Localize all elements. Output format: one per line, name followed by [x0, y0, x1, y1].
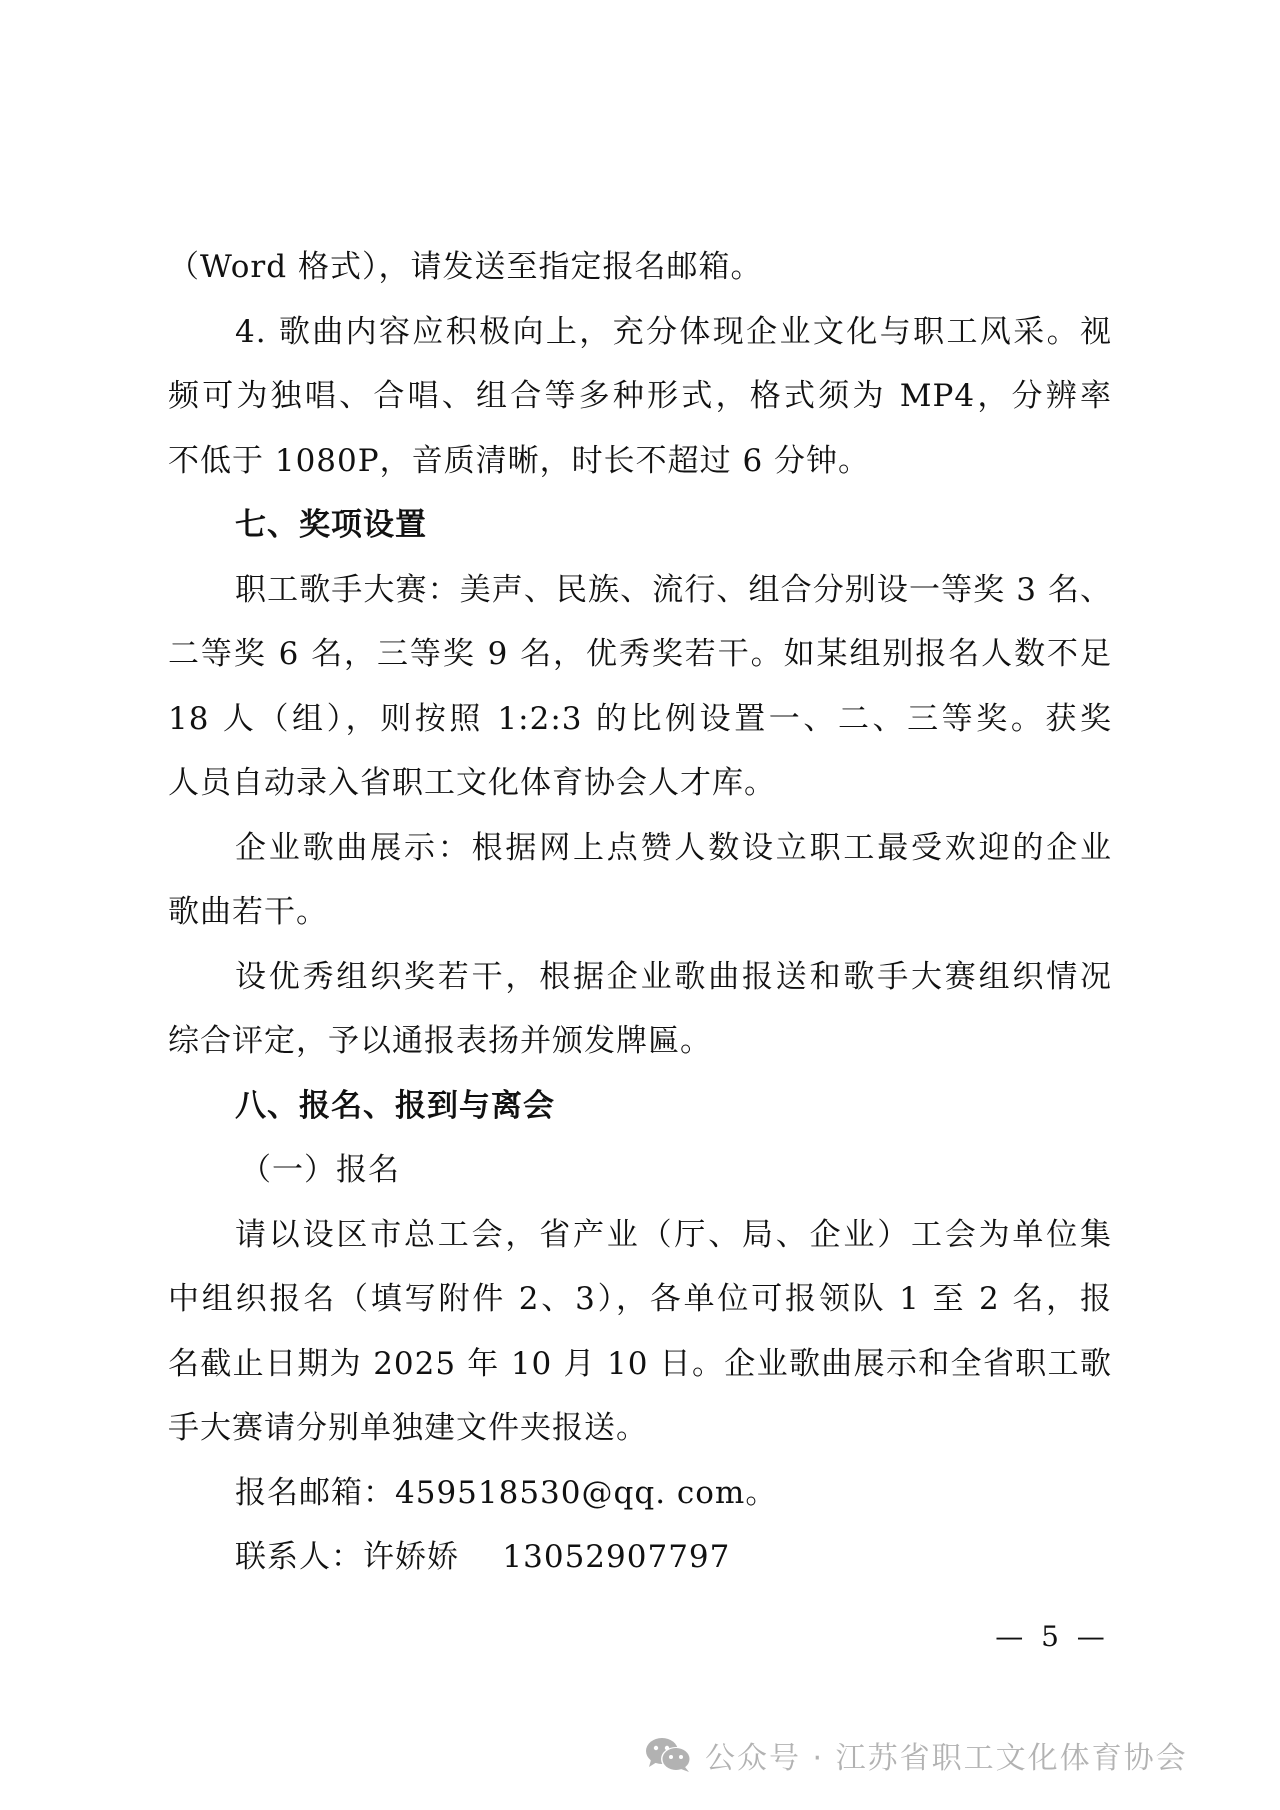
paragraph-line: 综合评定，予以通报表扬并颁发牌匾。: [168, 1009, 1112, 1073]
paragraph-line: 设优秀组织奖若干，根据企业歌曲报送和歌手大赛组织情况: [235, 945, 1112, 1009]
paragraph-line: 人员自动录入省职工文化体育协会人才库。: [168, 751, 1112, 815]
section-heading-registration: 八、报名、报到与离会: [235, 1074, 1112, 1138]
watermark-text: 公众号 · 江苏省职工文化体育协会: [705, 1733, 1188, 1777]
paragraph-line: 18 人（组），则按照 1:2:3 的比例设置一、二、三等奖。获奖: [168, 687, 1112, 751]
paragraph-line: 请以设区市总工会，省产业（厅、局、企业）工会为单位集: [235, 1203, 1112, 1267]
wechat-icon: [645, 1738, 693, 1772]
document-page: （Word 格式），请发送至指定报名邮箱。 4. 歌曲内容应积极向上，充分体现企…: [0, 0, 1280, 1810]
paragraph-line: 频可为独唱、合唱、组合等多种形式，格式须为 MP4，分辨率: [168, 364, 1112, 428]
registration-email-line: 报名邮箱：459518530@qq. com。: [235, 1461, 1112, 1525]
paragraph-line: 二等奖 6 名，三等奖 9 名，优秀奖若干。如某组别报名人数不足: [168, 622, 1112, 686]
paragraph-line: 不低于 1080P，音质清晰，时长不超过 6 分钟。: [168, 429, 1112, 493]
paragraph-line: 歌曲若干。: [168, 880, 1112, 944]
paragraph-line: （Word 格式），请发送至指定报名邮箱。: [168, 235, 1112, 299]
wechat-watermark: 公众号 · 江苏省职工文化体育协会: [645, 1736, 1188, 1774]
paragraph-line: 手大赛请分别单独建文件夹报送。: [168, 1396, 1112, 1460]
section-heading-awards: 七、奖项设置: [235, 493, 1112, 557]
page-number: — 5 —: [980, 1617, 1120, 1657]
paragraph-line: 职工歌手大赛：美声、民族、流行、组合分别设一等奖 3 名、: [235, 558, 1112, 622]
subheading-registration: （一）报名: [240, 1138, 1184, 1202]
paragraph-line: 4. 歌曲内容应积极向上，充分体现企业文化与职工风采。视: [235, 300, 1112, 364]
paragraph-line: 企业歌曲展示：根据网上点赞人数设立职工最受欢迎的企业: [235, 816, 1112, 880]
contact-person-line: 联系人：许娇娇 13052907797: [235, 1525, 1112, 1589]
paragraph-line: 名截止日期为 2025 年 10 月 10 日。企业歌曲展示和全省职工歌: [168, 1332, 1112, 1396]
paragraph-line: 中组织报名（填写附件 2、3），各单位可报领队 1 至 2 名，报: [168, 1267, 1112, 1331]
